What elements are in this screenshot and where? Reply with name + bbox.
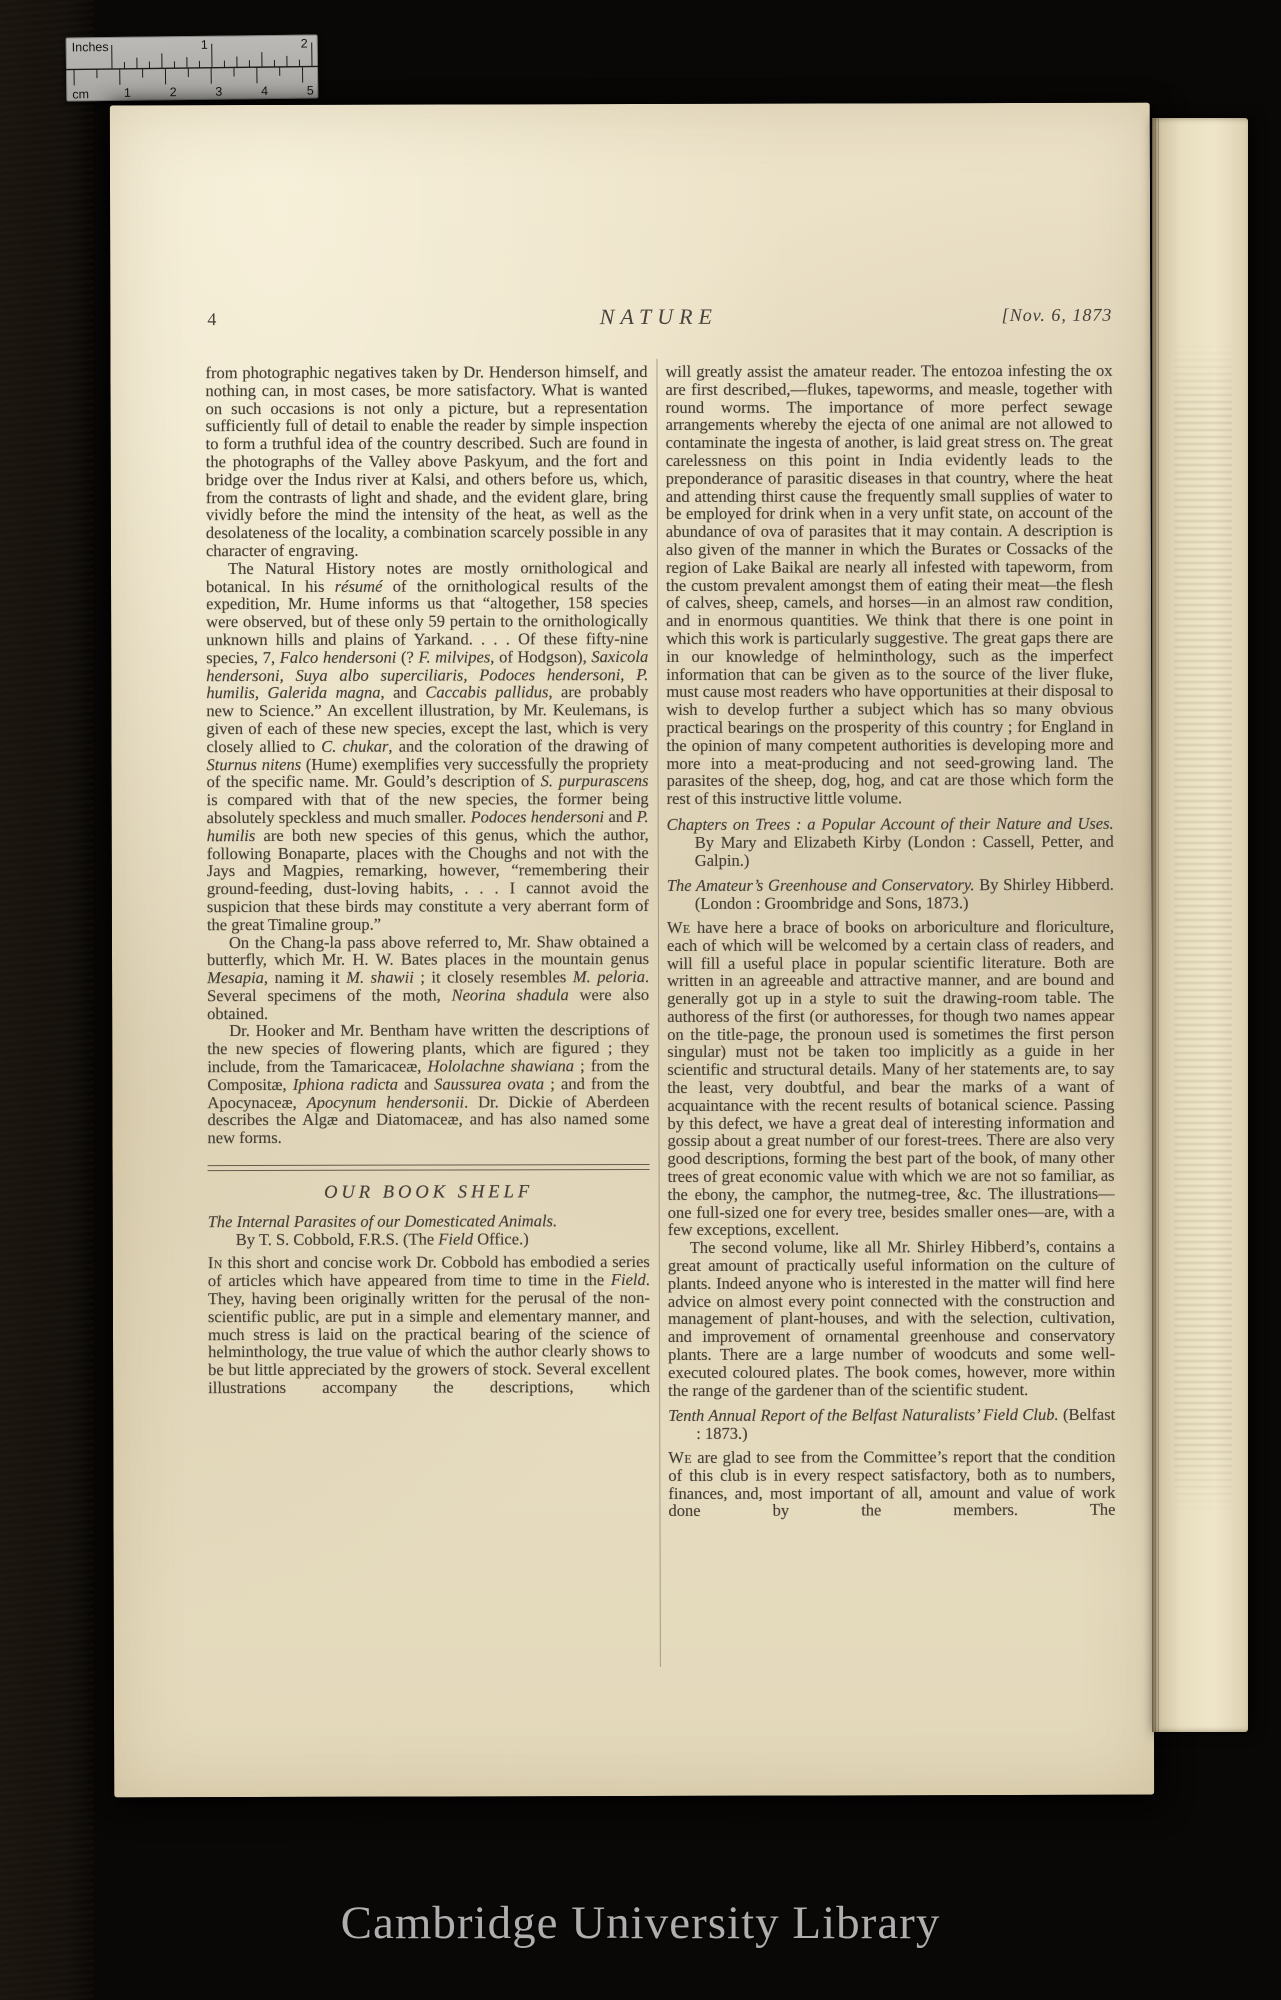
book-citation: The Internal Parasites of our Domesticat… bbox=[208, 1212, 650, 1249]
italic-text: Falco hendersoni bbox=[280, 647, 397, 666]
italic-text: Iphiona radicta bbox=[293, 1074, 398, 1093]
italic-text: Sturnus nitens bbox=[206, 754, 301, 773]
smallcaps-text: We bbox=[668, 1448, 692, 1467]
italic-text: S. purpurascens bbox=[541, 771, 649, 790]
photo-backdrop: { "backdrop": { "watermark": "Cambridge … bbox=[0, 0, 1281, 2000]
italic-text: Field bbox=[438, 1229, 473, 1248]
article-paragraph: On the Chang-la pass above referred to, … bbox=[207, 932, 649, 1022]
italic-text: The Amateur’s Greenhouse and Conservator… bbox=[667, 875, 975, 895]
ghost-text-showthrough bbox=[1174, 338, 1232, 1518]
book-cloth-backdrop bbox=[0, 0, 94, 2000]
svg-text:1: 1 bbox=[201, 38, 208, 52]
page-header: 4 NATURE [Nov. 6, 1873 bbox=[205, 303, 1112, 337]
svg-text:2: 2 bbox=[170, 85, 177, 99]
italic-text: M. shawii bbox=[346, 968, 414, 987]
journal-title: NATURE bbox=[205, 303, 1112, 331]
issue-date: [Nov. 6, 1873 bbox=[1002, 305, 1113, 326]
svg-text:1: 1 bbox=[124, 86, 131, 100]
italic-text: Field bbox=[611, 1270, 646, 1289]
svg-text:4: 4 bbox=[261, 84, 268, 98]
page-stack-edges bbox=[1152, 118, 1161, 1732]
article-paragraph: from photographic negatives taken by Dr.… bbox=[205, 363, 648, 560]
article-paragraph: We are glad to see from the Committee’s … bbox=[668, 1448, 1115, 1520]
scanned-page: 4 NATURE [Nov. 6, 1873 from photographic… bbox=[110, 103, 1154, 1798]
section-divider bbox=[208, 1164, 650, 1171]
right-column: will greatly assist the amateur reader. … bbox=[665, 362, 1115, 1520]
book-citation: The Amateur’s Greenhouse and Conservator… bbox=[667, 876, 1114, 913]
italic-text: Mesapia bbox=[207, 968, 264, 987]
italic-text: Neorina shadula bbox=[452, 985, 569, 1004]
book-citation: Tenth Annual Report of the Belfast Natur… bbox=[668, 1406, 1115, 1443]
italic-text: Caccabis pallidus bbox=[425, 683, 548, 702]
italic-text: Saussurea ovata bbox=[434, 1074, 544, 1093]
left-column: from photographic negatives taken by Dr.… bbox=[205, 363, 650, 1397]
italic-text: F. milvipes bbox=[418, 647, 490, 666]
svg-text:5: 5 bbox=[307, 84, 314, 98]
article-paragraph: will greatly assist the amateur reader. … bbox=[665, 362, 1113, 808]
italic-text: résumé bbox=[335, 576, 383, 595]
library-watermark: Cambridge University Library bbox=[0, 1896, 1281, 1950]
italic-text: Hololachne shawiana bbox=[428, 1056, 574, 1075]
italic-text: Apocynum hendersonii bbox=[307, 1092, 465, 1111]
italic-text: Podoces hendersoni bbox=[471, 807, 605, 826]
smallcaps-text: We bbox=[667, 918, 691, 937]
italic-text: Tenth Annual Report of the Belfast Natur… bbox=[668, 1405, 1058, 1425]
article-paragraph: The Natural History notes are mostly orn… bbox=[206, 559, 649, 934]
book-citation: Chapters on Trees : a Popular Account of… bbox=[667, 815, 1114, 870]
italic-text: M. peloria bbox=[573, 967, 645, 986]
adjacent-page-edge bbox=[1152, 118, 1248, 1732]
column-divider bbox=[656, 359, 660, 1667]
article-paragraph: We have here a brace of books on arboric… bbox=[667, 918, 1115, 1240]
smallcaps-text: In bbox=[208, 1254, 223, 1273]
svg-text:Inches: Inches bbox=[72, 40, 109, 54]
article-paragraph: Dr. Hooker and Mr. Bentham have written … bbox=[207, 1021, 649, 1147]
ruler: Inchescm1212345 bbox=[66, 34, 319, 101]
italic-text: Chapters on Trees : a Popular Account of… bbox=[667, 814, 1114, 834]
ruler-scale: Inchescm1212345 bbox=[66, 34, 319, 101]
section-heading: OUR BOOK SHELF bbox=[208, 1184, 650, 1203]
article-paragraph: The second volume, like all Mr. Shirley … bbox=[668, 1238, 1115, 1399]
article-paragraph: In this short and concise work Dr. Cobbo… bbox=[208, 1253, 650, 1397]
svg-text:2: 2 bbox=[301, 37, 308, 51]
svg-text:3: 3 bbox=[215, 85, 222, 99]
italic-text: The Internal Parasites of our Domesticat… bbox=[208, 1211, 557, 1231]
italic-text: C. chukar bbox=[321, 736, 388, 755]
svg-text:cm: cm bbox=[72, 87, 89, 101]
